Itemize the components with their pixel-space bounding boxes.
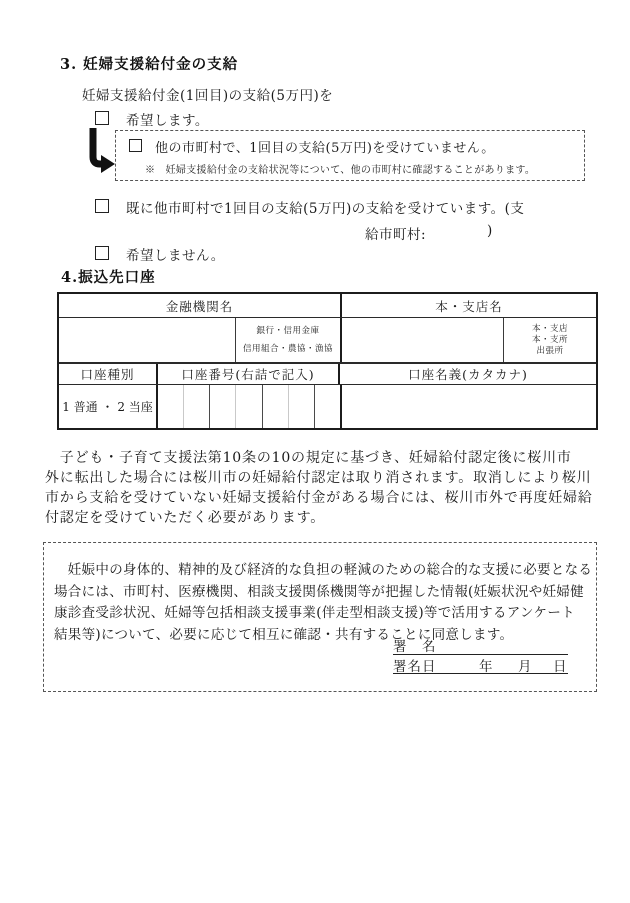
- signature-field[interactable]: 署 名: [393, 635, 568, 655]
- account-digit-cell[interactable]: [235, 385, 261, 428]
- account-type-selector[interactable]: 1 普通 ・ 2 当座: [59, 385, 158, 428]
- account-number-header: 口座番号(右詰で記入): [158, 364, 340, 384]
- account-digit-cell[interactable]: [158, 385, 183, 428]
- checkbox-not-received-label: 他の市町村で、1回目の支給(5万円)を受けていません。: [155, 137, 495, 156]
- branch-name-input-area[interactable]: [342, 318, 504, 362]
- notice-line: 市から支給を受けていない妊婦支援給付金がある場合には、桜川市外で再度妊婦給: [45, 488, 590, 508]
- institution-type-labels: 銀行・信用金庫 信用組合・農協・漁協: [236, 318, 342, 362]
- institution-type-2: 信用組合・農協・漁協: [243, 344, 333, 355]
- bank-account-table: 金融機関名 本・支店名 銀行・信用金庫 信用組合・農協・漁協 本・支店 本・支所…: [57, 292, 598, 430]
- branch-type-3: 出張所: [536, 346, 563, 357]
- notice-line: 付認定を受けていただく必要があります。: [45, 508, 590, 528]
- branch-header: 本・支店名: [342, 294, 596, 317]
- consent-box: 妊娠中の身体的、精神的及び経済的な負担の軽減のための総合的な支援に必要となる 場…: [43, 542, 597, 692]
- notice-line: 外に転出した場合には桜川市の妊婦給付認定は取り消されます。取消しにより桜川: [45, 468, 590, 488]
- checkbox-no-hope[interactable]: [95, 246, 109, 260]
- notice-line: 子ども・子育て支援法第10条の10の規定に基づき、妊婦給付認定後に桜川市: [45, 448, 590, 468]
- supply-municipality-close-paren: ): [487, 223, 493, 239]
- consent-line: 康診査受診状況、妊婦等包括相談支援事業(伴走型相談支援)等で活用するアンケート: [54, 603, 592, 625]
- account-digit-cell[interactable]: [262, 385, 288, 428]
- checkbox-already-received[interactable]: [95, 199, 109, 213]
- branch-type-labels: 本・支店 本・支所 出張所: [504, 318, 596, 362]
- branch-type-2: 本・支所: [532, 335, 568, 346]
- account-digit-cell[interactable]: [288, 385, 314, 428]
- bent-arrow-icon: [85, 128, 115, 174]
- account-number-boxes: [158, 385, 342, 428]
- financial-institution-input-area[interactable]: [59, 318, 236, 362]
- form-page: 3. 妊婦支援給付金の支給 妊婦支援給付金(1回目)の支給(5万円)を 希望しま…: [0, 0, 630, 903]
- month-label: 月: [518, 655, 533, 675]
- supply-municipality-label: 給市町村:: [365, 223, 426, 243]
- section4-heading: 4.振込先口座: [61, 266, 156, 287]
- institution-type-1: 銀行・信用金庫: [256, 326, 319, 337]
- section3-intro: 妊婦支援給付金(1回目)の支給(5万円)を: [82, 84, 333, 104]
- account-name-input-area[interactable]: [342, 385, 596, 428]
- confirmation-box: 他の市町村で、1回目の支給(5万円)を受けていません。 ※ 妊婦支援給付金の支給…: [115, 130, 585, 181]
- year-label: 年: [479, 655, 494, 675]
- account-digit-cell[interactable]: [183, 385, 209, 428]
- checkbox-no-hope-label: 希望しません。: [126, 244, 225, 264]
- checkbox-hope[interactable]: [95, 111, 109, 125]
- account-name-header: 口座名義(カタカナ): [340, 364, 596, 384]
- signature-label: 署 名: [393, 639, 437, 655]
- transfer-notice-paragraph: 子ども・子育て支援法第10条の10の規定に基づき、妊婦給付認定後に桜川市 外に転…: [45, 448, 590, 528]
- consent-line: 場合には、市町村、医療機関、相談支援関係機関等が把握した情報(妊娠状況や妊婦健: [54, 582, 592, 604]
- signature-date-field[interactable]: 署名日 年 月 日: [393, 655, 568, 674]
- checkbox-already-received-label: 既に他市町村で1回目の支給(5万円)の支給を受けています。(支: [126, 197, 524, 217]
- account-digit-cell[interactable]: [209, 385, 235, 428]
- financial-institution-header: 金融機関名: [59, 294, 342, 317]
- consent-paragraph: 妊娠中の身体的、精神的及び経済的な負担の軽減のための総合的な支援に必要となる 場…: [54, 560, 592, 646]
- checkbox-not-received-elsewhere[interactable]: [129, 139, 142, 152]
- checkbox-hope-label: 希望します。: [126, 109, 209, 129]
- section3-heading: 3. 妊婦支援給付金の支給: [60, 53, 238, 74]
- confirmation-note: ※ 妊婦支援給付金の支給状況等について、他の市町村に確認することがあります。: [145, 161, 535, 176]
- signature-date-label: 署名日: [393, 655, 437, 675]
- consent-line: 妊娠中の身体的、精神的及び経済的な負担の軽減のための総合的な支援に必要となる: [54, 560, 592, 582]
- day-label: 日: [553, 655, 568, 675]
- account-digit-cell[interactable]: [314, 385, 340, 428]
- branch-type-1: 本・支店: [532, 324, 568, 335]
- supply-municipality-field[interactable]: [430, 223, 487, 240]
- account-type-header: 口座種別: [59, 364, 158, 384]
